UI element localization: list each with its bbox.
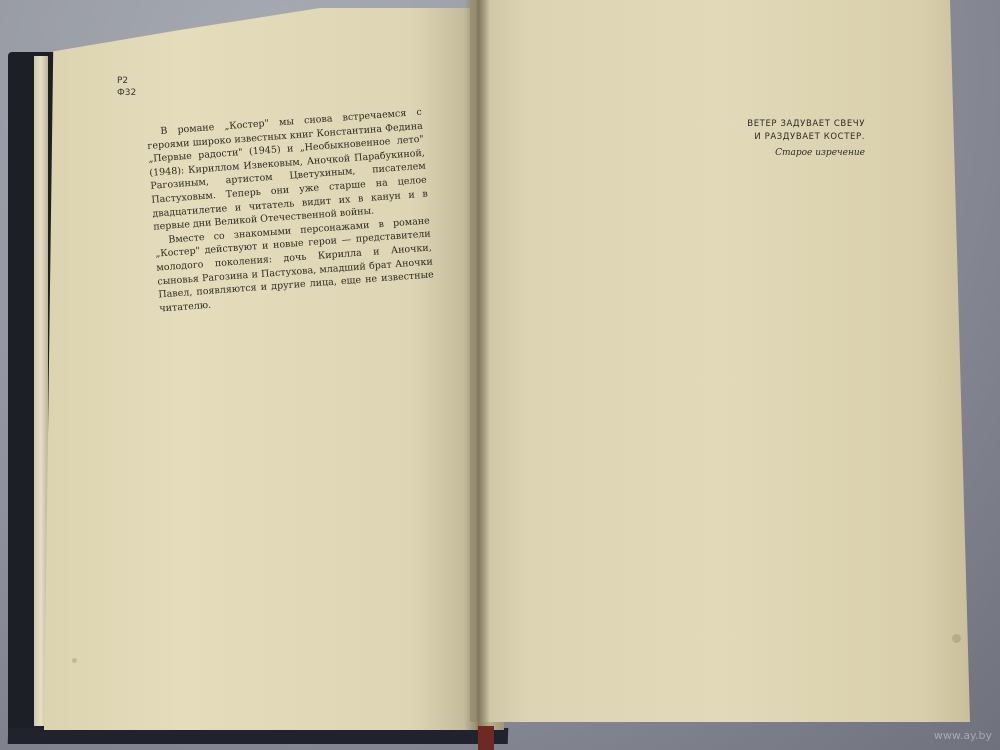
annotation-paragraph-1: В романе „Костер" мы снова встречаемся с… xyxy=(146,106,429,235)
epigraph-line-2: И РАЗДУВАЕТ КОСТЕР. xyxy=(735,131,865,144)
spot xyxy=(952,634,961,643)
call-number-line-1: Р2 xyxy=(117,75,136,87)
epigraph-source: Старое изречение xyxy=(735,148,865,158)
book-gutter xyxy=(464,0,490,730)
annotation-text: В романе „Костер" мы снова встречаемся с… xyxy=(146,106,435,316)
spine-bottom xyxy=(478,726,494,750)
right-page xyxy=(470,0,970,722)
epigraph-line-1: ВЕТЕР ЗАДУВАЕТ СВЕЧУ xyxy=(735,118,865,131)
book-cover-bottom xyxy=(8,728,509,744)
call-number: Р2 Ф32 xyxy=(117,75,136,99)
epigraph: ВЕТЕР ЗАДУВАЕТ СВЕЧУ И РАЗДУВАЕТ КОСТЕР.… xyxy=(735,118,865,158)
call-number-line-2: Ф32 xyxy=(117,87,136,99)
spot xyxy=(72,658,77,663)
watermark: www.ay.by xyxy=(934,729,992,742)
